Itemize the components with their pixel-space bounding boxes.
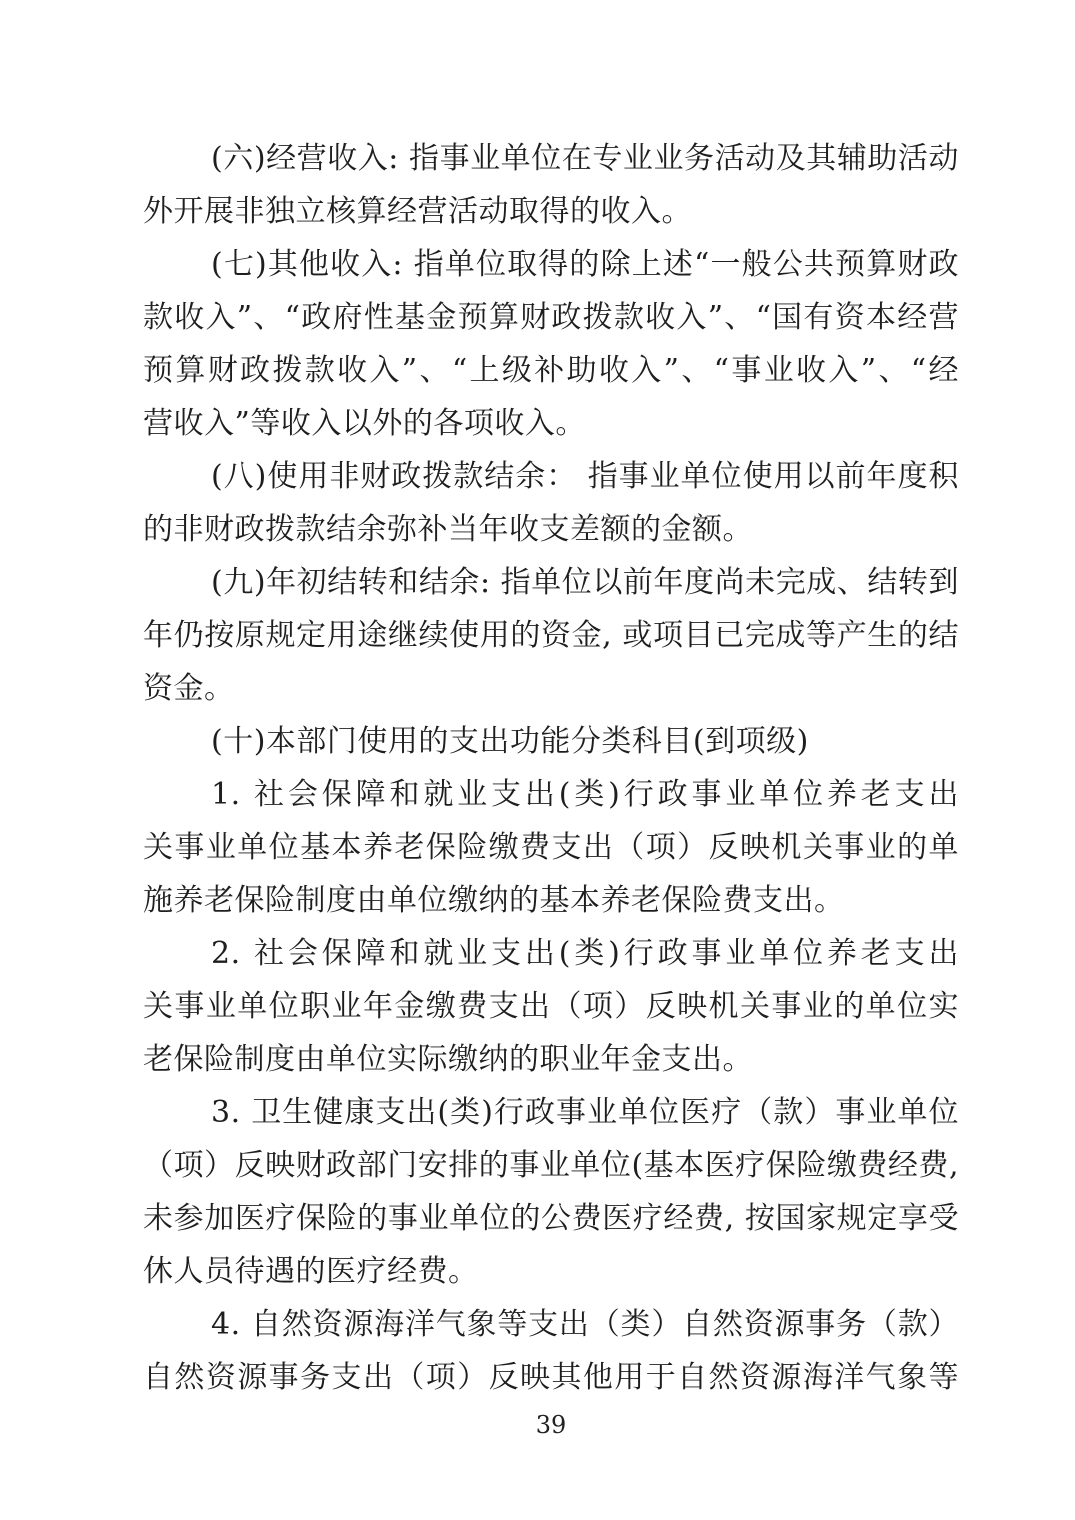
paragraph-line: 资金。	[143, 662, 959, 715]
paragraph-line: 4. 自然资源海洋气象等支出（类）自然资源事务（款）其他	[143, 1298, 959, 1351]
paragraph-line: 关事业单位基本养老保险缴费支出（项）反映机关事业的单位实	[143, 821, 959, 874]
paragraph-line: (七)其他收入: 指单位取得的除上述“一般公共预算财政拨	[143, 238, 959, 291]
paragraph-line: (九)年初结转和结余: 指单位以前年度尚未完成、结转到本	[143, 556, 959, 609]
paragraph-line: (六)经营收入: 指事业单位在专业业务活动及其辅助活动之	[143, 132, 959, 185]
paragraph-line: 施养老保险制度由单位缴纳的基本养老保险费支出。	[143, 874, 959, 927]
paragraph-line: 外开展非独立核算经营活动取得的收入。	[143, 185, 959, 238]
paragraph-line: 自然资源事务支出（项）反映其他用于自然资源海洋气象等方面	[143, 1351, 959, 1404]
paragraph-line: 3. 卫生健康支出(类)行政事业单位医疗（款）事业单位医疗	[143, 1086, 959, 1139]
paragraph-line: (八)使用非财政拨款结余： 指事业单位使用以前年度积累	[143, 450, 959, 503]
paragraph-line: （项）反映财政部门安排的事业单位(基本医疗保险缴费经费,	[143, 1139, 959, 1192]
document-body: (六)经营收入: 指事业单位在专业业务活动及其辅助活动之 外开展非独立核算经营活…	[143, 132, 959, 1440]
paragraph-line: 营收入”等收入以外的各项收入。	[143, 397, 959, 450]
paragraph-line: 预算财政拨款收入”、“上级补助收入”、“事业收入”、“经	[143, 344, 959, 397]
document-page: (六)经营收入: 指事业单位在专业业务活动及其辅助活动之 外开展非独立核算经营活…	[0, 0, 1075, 1520]
page-number: 39	[143, 1410, 959, 1440]
paragraph-line: 2. 社会保障和就业支出(类)行政事业单位养老支出（款）机	[143, 927, 959, 980]
paragraph-line: (十)本部门使用的支出功能分类科目(到项级)	[143, 715, 959, 768]
paragraph-line: 未参加医疗保险的事业单位的公费医疗经费, 按国家规定享受离	[143, 1192, 959, 1245]
paragraph-line: 年仍按原规定用途继续使用的资金, 或项目已完成等产生的结余	[143, 609, 959, 662]
paragraph-line: 的非财政拨款结余弥补当年收支差额的金额。	[143, 503, 959, 556]
paragraph-line: 1. 社会保障和就业支出(类)行政事业单位养老支出（款）机	[143, 768, 959, 821]
paragraph-line: 款收入”、“政府性基金预算财政拨款收入”、“国有资本经营	[143, 291, 959, 344]
paragraph-line: 老保险制度由单位实际缴纳的职业年金支出。	[143, 1033, 959, 1086]
paragraph-line: 休人员待遇的医疗经费。	[143, 1245, 959, 1298]
paragraph-line: 关事业单位职业年金缴费支出（项）反映机关事业的单位实施养	[143, 980, 959, 1033]
